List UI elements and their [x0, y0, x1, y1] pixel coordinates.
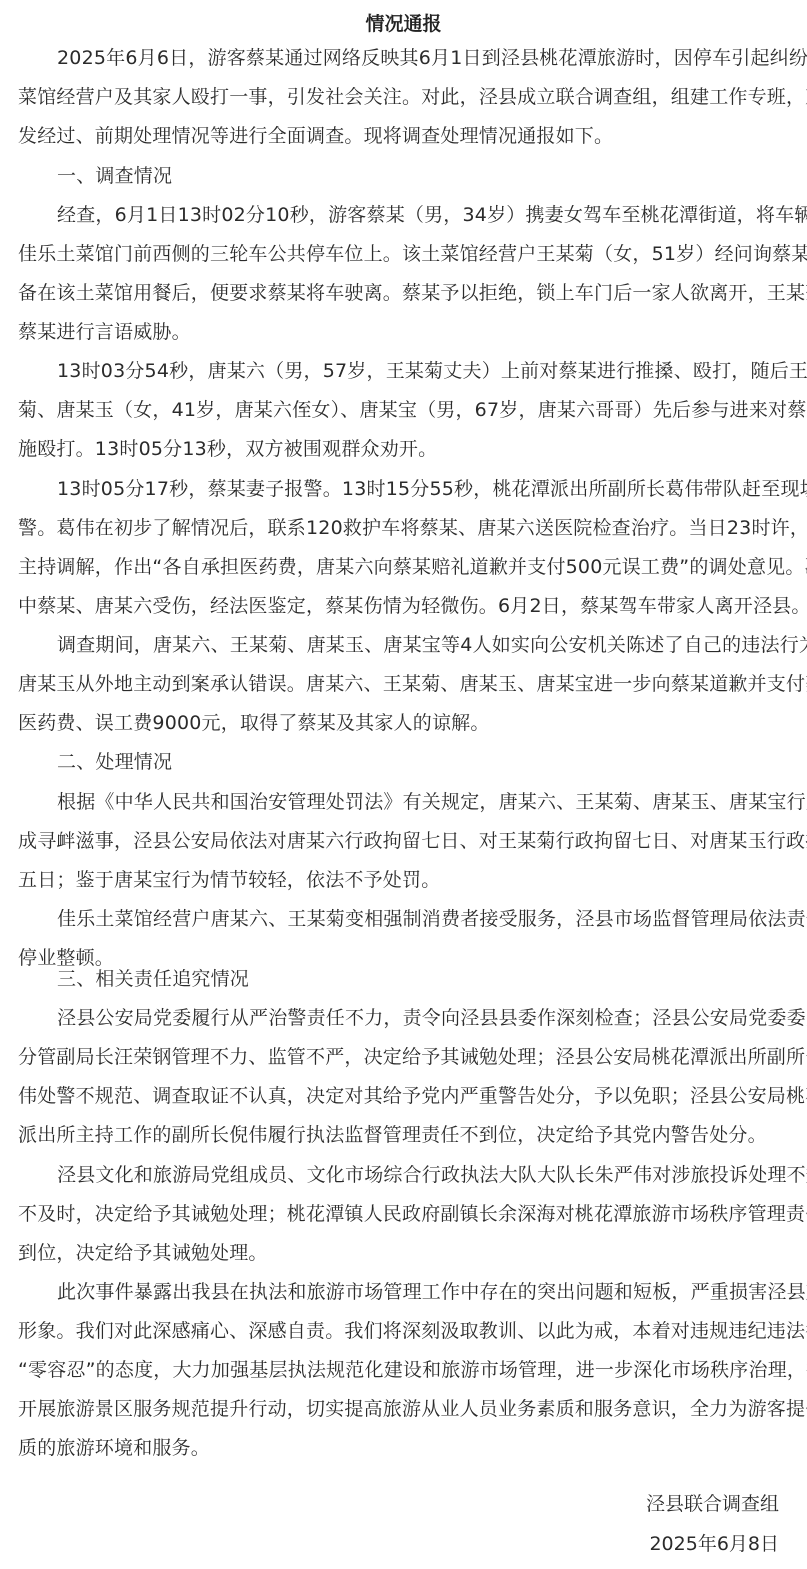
paragraph-line: 此次事件暴露出我县在执法和旅游市场管理工作中存在的突出问题和短板，严重损害泾县旅…: [57, 1279, 780, 1305]
document-title: 情况通报: [0, 10, 807, 38]
paragraph-line: 菊、唐某玉（女，41岁，唐某六侄女）、唐某宝（男，67岁，唐某六哥哥）先后参与进…: [18, 397, 780, 423]
paragraph-line: 五日；鉴于唐某宝行为情节较轻，依法不予处罚。: [18, 867, 780, 893]
paragraph-line: 调查期间，唐某六、王某菊、唐某玉、唐某宝等4人如实向公安机关陈述了自己的违法行为…: [57, 632, 780, 658]
paragraph-line: 施殴打。13时05分13秒，双方被围观群众劝开。: [18, 436, 780, 462]
paragraph-line: “零容忍”的态度，大力加强基层执法规范化建设和旅游市场管理，进一步深化市场秩序治…: [18, 1357, 780, 1383]
paragraph-line: 派出所主持工作的副所长倪伟履行执法监督管理责任不到位，决定给予其党内警告处分。: [18, 1122, 780, 1148]
paragraph-line: 13时05分17秒，蔡某妻子报警。13时15分55秒，桃花潭派出所副所长葛伟带队…: [57, 476, 780, 502]
paragraph-line: 蔡某进行言语威胁。: [18, 319, 780, 345]
issue-date: 2025年6月8日: [649, 1531, 779, 1557]
issuer-signature: 泾县联合调查组: [646, 1491, 779, 1517]
paragraph-line: 2025年6月6日，游客蔡某通过网络反映其6月1日到泾县桃花潭旅游时，因停车引起…: [57, 45, 780, 71]
paragraph-line: 伟处警不规范、调查取证不认真，决定对其给予党内严重警告处分，予以免职；泾县公安局…: [18, 1083, 780, 1109]
paragraph-line: 唐某玉从外地主动到案承认错误。唐某六、王某菊、唐某玉、唐某宝进一步向蔡某道歉并支…: [18, 671, 780, 697]
paragraph-line: 根据《中华人民共和国治安管理处罚法》有关规定，唐某六、王某菊、唐某玉、唐某宝行为…: [57, 789, 780, 815]
paragraph-line: 医药费、误工费9000元，取得了蔡某及其家人的谅解。: [18, 710, 780, 736]
section-heading: 二、处理情况: [57, 749, 807, 775]
paragraph-line: 备在该土菜馆用餐后，便要求蔡某将车驶离。蔡某予以拒绝，锁上车门后一家人欲离开，王…: [18, 280, 780, 306]
paragraph-line: 到位，决定给予其诫勉处理。: [18, 1240, 780, 1266]
paragraph-line: 分管副局长汪荣钢管理不力、监管不严，决定给予其诫勉处理；泾县公安局桃花潭派出所副…: [18, 1044, 780, 1070]
paragraph-line: 泾县文化和旅游局党组成员、文化市场综合行政执法大队大队长朱严伟对涉旅投诉处理不规…: [57, 1162, 780, 1188]
paragraph-line: 经查，6月1日13时02分10秒，游客蔡某（男，34岁）携妻女驾车至桃花潭街道，…: [57, 202, 780, 228]
paragraph-line: 警。葛伟在初步了解情况后，联系120救护车将蔡某、唐某六送医院检查治疗。当日23…: [18, 515, 780, 541]
paragraph-line: 成寻衅滋事，泾县公安局依法对唐某六行政拘留七日、对王某菊行政拘留七日、对唐某玉行…: [18, 828, 780, 854]
paragraph-line: 中蔡某、唐某六受伤，经法医鉴定，蔡某伤情为轻微伤。6月2日，蔡某驾车带家人离开泾…: [18, 593, 780, 619]
paragraph-line: 佳乐土菜馆门前西侧的三轮车公共停车位上。该土菜馆经营户王某菊（女，51岁）经问询…: [18, 241, 780, 267]
paragraph-line: 13时03分54秒，唐某六（男，57岁，王某菊丈夫）上前对蔡某进行推搡、殴打，随…: [57, 358, 780, 384]
paragraph-line: 形象。我们对此深感痛心、深感自责。我们将深刻汲取教训、以此为戒，本着对违规违纪违…: [18, 1318, 780, 1344]
paragraph-line: 不及时，决定给予其诫勉处理；桃花潭镇人民政府副镇长余深海对桃花潭旅游市场秩序管理…: [18, 1201, 780, 1227]
paragraph-line: 泾县公安局党委履行从严治警责任不力，责令向泾县县委作深刻检查；泾县公安局党委委员…: [57, 1005, 780, 1031]
paragraph-line: 发经过、前期处理情况等进行全面调查。现将调查处理情况通报如下。: [18, 123, 780, 149]
paragraph-line: 开展旅游景区服务规范提升行动，切实提高旅游从业人员业务素质和服务意识，全力为游客…: [18, 1396, 780, 1422]
paragraph-line: 佳乐土菜馆经营户唐某六、王某菊变相强制消费者接受服务，泾县市场监督管理局依法责令…: [57, 906, 780, 932]
paragraph-line: 菜馆经营户及其家人殴打一事，引发社会关注。对此，泾县成立联合调查组，组建工作专班…: [18, 84, 780, 110]
section-heading: 三、相关责任追究情况: [57, 966, 807, 992]
paragraph-line: 主持调解，作出“各自承担医药费，唐某六向蔡某赔礼道歉并支付500元误工费”的调处…: [18, 554, 780, 580]
section-heading: 一、调查情况: [57, 163, 807, 189]
paragraph-line: 质的旅游环境和服务。: [18, 1435, 780, 1461]
